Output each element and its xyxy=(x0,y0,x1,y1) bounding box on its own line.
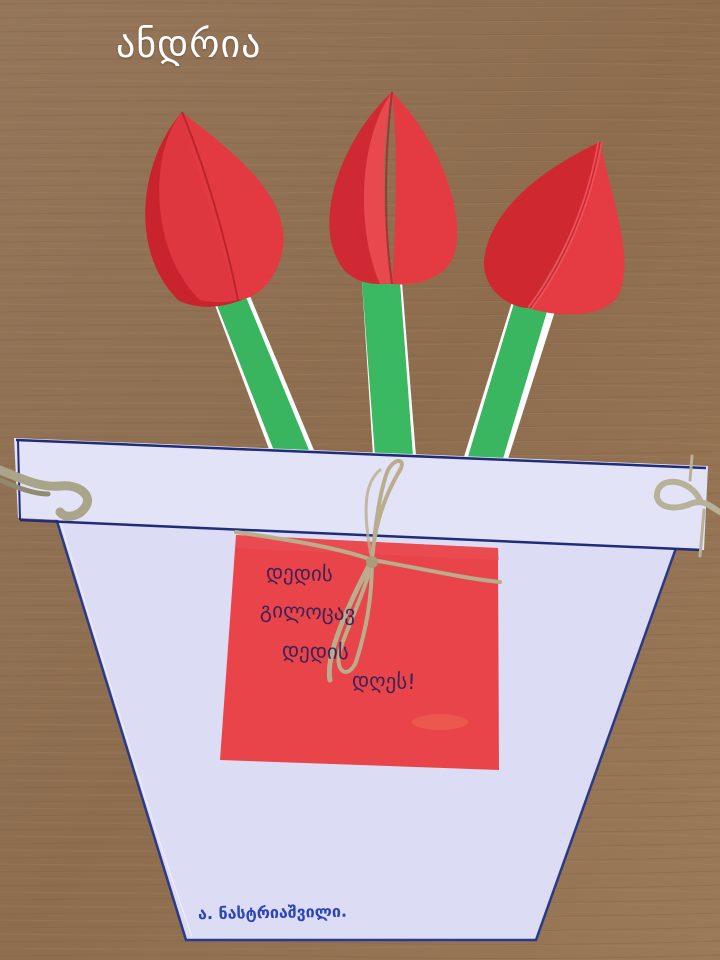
note-text-line: დღეს! xyxy=(352,668,417,694)
craft-photo: ანდრია დედის გილოცავ დედის დღეს! ა. ნასტ… xyxy=(0,0,720,960)
note-text-line: დედის xyxy=(282,638,350,664)
note-text-line: დედის xyxy=(266,560,334,586)
title-caption: ანდრია xyxy=(116,22,261,66)
note-text-line: გილოცავ xyxy=(260,598,356,625)
craft-illustration xyxy=(0,0,720,960)
author-signature: ა. ნასტრიაშვილი. xyxy=(198,902,347,924)
